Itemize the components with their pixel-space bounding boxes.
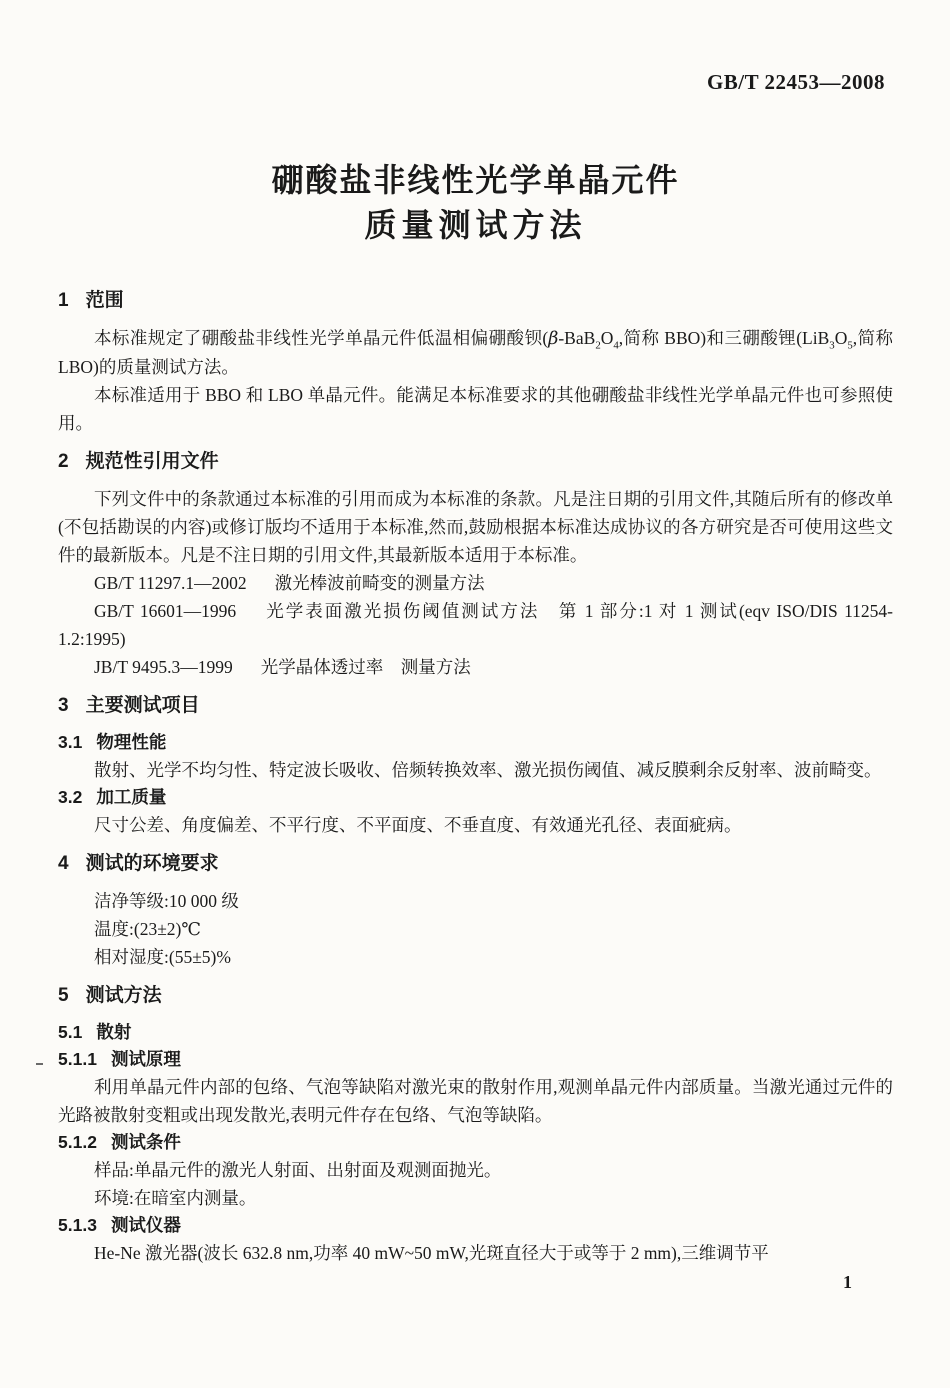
section-5-heading: 5 测试方法 [58, 983, 893, 1009]
scan-artifact-mark [36, 1063, 43, 1065]
scope-p1-formula: O [601, 328, 614, 348]
section-5-1-heading: 5.1 散射 [58, 1019, 893, 1046]
section-5-1-3-heading: 5.1.3 测试仪器 [58, 1212, 893, 1239]
instruments-paragraph: He-Ne 激光器(波长 632.8 nm,功率 40 mW~50 mW,光斑直… [58, 1239, 893, 1267]
section-5-1-3-number: 5.1.3 [58, 1212, 97, 1239]
section-5-1-1-heading: 5.1.1 测试原理 [58, 1046, 893, 1073]
section-3-2-number: 3.2 [58, 784, 82, 811]
section-5-number: 5 [58, 983, 69, 1009]
environment-item-humidity: 相对湿度:(55±5)% [58, 943, 893, 971]
condition-item-environment: 环境:在暗室内测量。 [58, 1184, 893, 1212]
page-content: GB/T 22453—2008 硼酸盐非线性光学单晶元件 质量测试方法 1 范围… [58, 0, 893, 1267]
section-1-title: 范围 [86, 288, 124, 314]
normative-refs-paragraph: 下列文件中的条款通过本标准的引用而成为本标准的条款。凡是注日期的引用文件,其随后… [58, 485, 893, 569]
section-4-number: 4 [58, 851, 69, 877]
section-3-2-heading: 3.2 加工质量 [58, 784, 893, 811]
document-page: GB/T 22453—2008 硼酸盐非线性光学单晶元件 质量测试方法 1 范围… [0, 0, 950, 1388]
section-3-heading: 3 主要测试项目 [58, 693, 893, 719]
section-5-1-2-heading: 5.1.2 测试条件 [58, 1129, 893, 1156]
reference-item: GB/T 16601—1996光学表面激光损伤阈值测试方法 第 1 部分:1 对… [58, 597, 893, 653]
section-2-number: 2 [58, 449, 69, 475]
scope-p1-text: 本标准规定了硼酸盐非线性光学单晶元件低温相偏硼酸钡( [94, 328, 548, 348]
section-3-2-title: 加工质量 [96, 784, 166, 811]
reference-item: JB/T 9495.3—1999光学晶体透过率 测量方法 [58, 653, 893, 681]
doc-title-line1: 硼酸盐非线性光学单晶元件 [58, 158, 893, 203]
section-3-title: 主要测试项目 [86, 693, 200, 719]
reference-title: 光学晶体透过率 测量方法 [261, 657, 471, 677]
section-4-title: 测试的环境要求 [86, 851, 219, 877]
reference-code: GB/T 11297.1—2002 [94, 573, 247, 593]
scope-p1-text: ,简称 BBO)和三硼酸锂(LiB [619, 328, 829, 348]
doc-number: GB/T 22453—2008 [58, 0, 893, 94]
processing-quality-list: 尺寸公差、角度偏差、不平行度、不平面度、不垂直度、有效通光孔径、表面疵病。 [58, 811, 893, 839]
section-4-heading: 4 测试的环境要求 [58, 851, 893, 877]
section-2-title: 规范性引用文件 [86, 449, 219, 475]
scope-p1-formula: -BaB [558, 328, 595, 348]
page-number: 1 [843, 1272, 852, 1293]
environment-item-cleanliness: 洁净等级:10 000 级 [58, 887, 893, 915]
section-3-1-number: 3.1 [58, 729, 82, 756]
section-5-1-title: 散射 [96, 1019, 131, 1046]
condition-item-sample: 样品:单晶元件的激光人射面、出射面及观测面抛光。 [58, 1156, 893, 1184]
section-5-1-number: 5.1 [58, 1019, 82, 1046]
scope-paragraph-1: 本标准规定了硼酸盐非线性光学单晶元件低温相偏硼酸钡(β-BaB2O4,简称 BB… [58, 324, 893, 381]
section-5-1-2-number: 5.1.2 [58, 1129, 97, 1156]
scope-paragraph-2: 本标准适用于 BBO 和 LBO 单晶元件。能满足本标准要求的其他硼酸盐非线性光… [58, 381, 893, 437]
section-2-heading: 2 规范性引用文件 [58, 449, 893, 475]
reference-code: GB/T 16601—1996 [94, 601, 236, 621]
section-5-1-2-title: 测试条件 [111, 1129, 181, 1156]
principle-paragraph: 利用单晶元件内部的包络、气泡等缺陷对激光束的散射作用,观测单晶元件内部质量。当激… [58, 1073, 893, 1129]
scope-p1-formula: O [835, 328, 848, 348]
environment-item-temperature: 温度:(23±2)℃ [58, 915, 893, 943]
section-5-title: 测试方法 [86, 983, 162, 1009]
section-3-number: 3 [58, 693, 69, 719]
reference-code: JB/T 9495.3—1999 [94, 657, 233, 677]
reference-title: 激光棒波前畸变的测量方法 [275, 573, 485, 593]
section-1-heading: 1 范围 [58, 288, 893, 314]
section-5-1-1-title: 测试原理 [111, 1046, 181, 1073]
doc-title: 硼酸盐非线性光学单晶元件 质量测试方法 [58, 158, 893, 248]
section-1-number: 1 [58, 288, 69, 314]
section-3-1-heading: 3.1 物理性能 [58, 729, 893, 756]
reference-item: GB/T 11297.1—2002激光棒波前畸变的测量方法 [58, 569, 893, 597]
beta-symbol: β [548, 329, 558, 349]
section-5-1-1-number: 5.1.1 [58, 1046, 97, 1073]
section-5-1-3-title: 测试仪器 [111, 1212, 181, 1239]
doc-title-line2: 质量测试方法 [58, 203, 893, 248]
section-3-1-title: 物理性能 [96, 729, 166, 756]
physical-properties-list: 散射、光学不均匀性、特定波长吸收、倍频转换效率、激光损伤阈值、减反膜剩余反射率、… [58, 756, 893, 784]
